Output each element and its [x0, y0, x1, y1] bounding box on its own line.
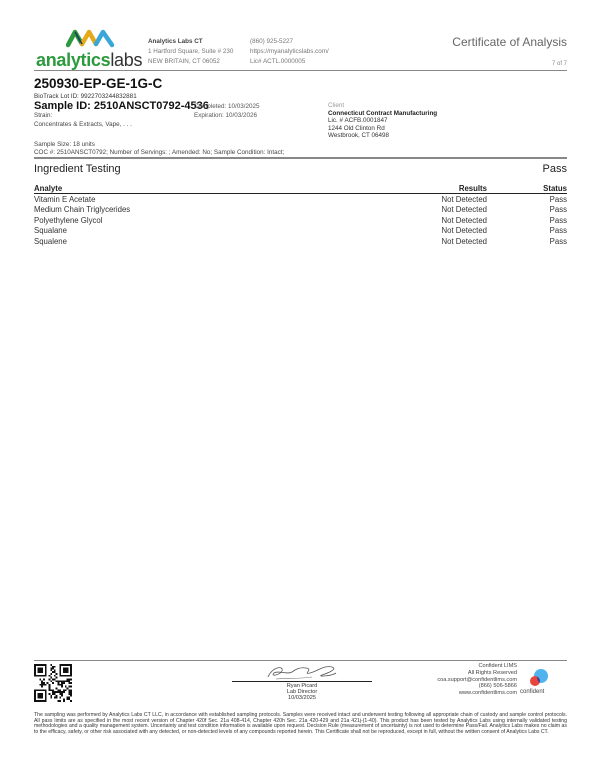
coc-details: COC #: 2510ANSCT0792; Number of Servings…	[34, 149, 284, 157]
logo-wordmark: analyticslabs	[36, 50, 142, 71]
completed-date: Completed: 10/03/2025	[194, 102, 259, 111]
lims-name: Confident LIMS	[420, 663, 517, 670]
lab-phone: (860) 925-5227	[250, 37, 329, 47]
table-row: Vitamin E AcetateNot DetectedPass	[34, 194, 567, 205]
analyte-cell: Squalane	[34, 226, 347, 237]
lot-code-title: 250930-EP-GE-1G-C	[34, 76, 162, 91]
product-category: Concentrates & Extracts, Vape, . . .	[34, 121, 132, 130]
column-analyte: Analyte	[34, 183, 347, 194]
section-divider	[34, 157, 567, 159]
table-row: SqualeneNot DetectedPass	[34, 236, 567, 247]
biotrack-lot-id: BioTrack Lot ID: 9922703244832881	[34, 93, 137, 100]
document-title: Certificate of Analysis	[452, 35, 567, 49]
signature-line	[232, 681, 372, 682]
table-row: Polyethylene GlycolNot DetectedPass	[34, 215, 567, 226]
client-label: Client	[328, 102, 437, 110]
lims-website-link[interactable]: www.confidentlims.com	[420, 690, 517, 697]
analyte-cell: Vitamin E Acetate	[34, 194, 347, 205]
client-name: Connecticut Contract Manufacturing	[328, 110, 437, 118]
result-cell: Not Detected	[347, 194, 487, 205]
logo-mark-icon	[66, 28, 116, 48]
client-address-line2: Westbrook, CT 06498	[328, 132, 437, 140]
analyte-cell: Polyethylene Glycol	[34, 215, 347, 226]
section-overall-status: Pass	[543, 163, 567, 175]
analytics-labs-logo: analyticslabs	[36, 28, 146, 72]
status-cell: Pass	[487, 236, 567, 247]
analyte-cell: Medium Chain Triglycerides	[34, 205, 347, 216]
client-license: Lic. # ACFB.0001847	[328, 117, 437, 125]
status-cell: Pass	[487, 205, 567, 216]
logo-suffix-text: labs	[110, 50, 142, 70]
client-address-line1: 1244 Old Clinton Rd	[328, 125, 437, 133]
table-header-row: Analyte Results Status	[34, 183, 567, 194]
client-info: Client Connecticut Contract Manufacturin…	[328, 102, 437, 140]
lims-email-link[interactable]: coa.support@confidentlims.com	[420, 677, 517, 684]
sample-id: Sample ID: 2510ANSCT0792-4536	[34, 100, 209, 112]
lims-phone: (866) 506-5866	[420, 683, 517, 690]
disclaimer-text: The sampling was performed by Analytics …	[34, 713, 567, 735]
column-status: Status	[487, 183, 567, 194]
strain-info: Strain: Concentrates & Extracts, Vape, .…	[34, 112, 132, 129]
analyte-cell: Squalene	[34, 236, 347, 247]
confident-logo-icon	[528, 668, 550, 688]
status-cell: Pass	[487, 215, 567, 226]
confident-logo-text: confident	[520, 689, 544, 695]
lab-website-link[interactable]: https://myanalyticslabs.com/	[250, 47, 329, 57]
lims-info: Confident LIMS All Rights Reserved coa.s…	[420, 663, 517, 697]
result-cell: Not Detected	[347, 205, 487, 216]
lab-address-line2: NEW BRITAIN, CT 06052	[148, 57, 233, 67]
lab-address-line1: 1 Hartford Square, Suite # 230	[148, 47, 233, 57]
section-title: Ingredient Testing	[34, 163, 121, 175]
result-cell: Not Detected	[347, 226, 487, 237]
expiration-date: Expiration: 10/03/2026	[194, 111, 259, 120]
strain-label: Strain:	[34, 112, 132, 121]
ingredient-results-table: Analyte Results Status Vitamin E Acetate…	[34, 183, 567, 247]
status-cell: Pass	[487, 194, 567, 205]
result-cell: Not Detected	[347, 236, 487, 247]
sample-size: Sample Size: 18 units	[34, 141, 284, 149]
result-cell: Not Detected	[347, 215, 487, 226]
column-results: Results	[347, 183, 487, 194]
lab-contact: (860) 925-5227 https://myanalyticslabs.c…	[250, 37, 329, 67]
table-row: Medium Chain TriglyceridesNot DetectedPa…	[34, 205, 567, 216]
page-number: 7 of 7	[552, 61, 567, 67]
sample-dates: Completed: 10/03/2025 Expiration: 10/03/…	[194, 102, 259, 120]
qr-code-icon[interactable]	[34, 664, 72, 702]
logo-brand-text: analytics	[36, 50, 110, 70]
lab-name: Analytics Labs CT	[148, 37, 233, 47]
status-cell: Pass	[487, 226, 567, 237]
table-row: SqualaneNot DetectedPass	[34, 226, 567, 237]
header-divider	[34, 70, 567, 71]
signed-date: 10/03/2025	[232, 695, 372, 701]
sample-details: Sample Size: 18 units COC #: 2510ANSCT07…	[34, 141, 284, 156]
signer-block: Ryan Picard Lab Director 10/03/2025	[232, 683, 372, 701]
lab-license: Lic# ACTL.0000005	[250, 57, 329, 67]
signature-icon	[262, 661, 342, 683]
lims-rights: All Rights Reserved	[420, 670, 517, 677]
lab-info: Analytics Labs CT 1 Hartford Square, Sui…	[148, 37, 233, 67]
